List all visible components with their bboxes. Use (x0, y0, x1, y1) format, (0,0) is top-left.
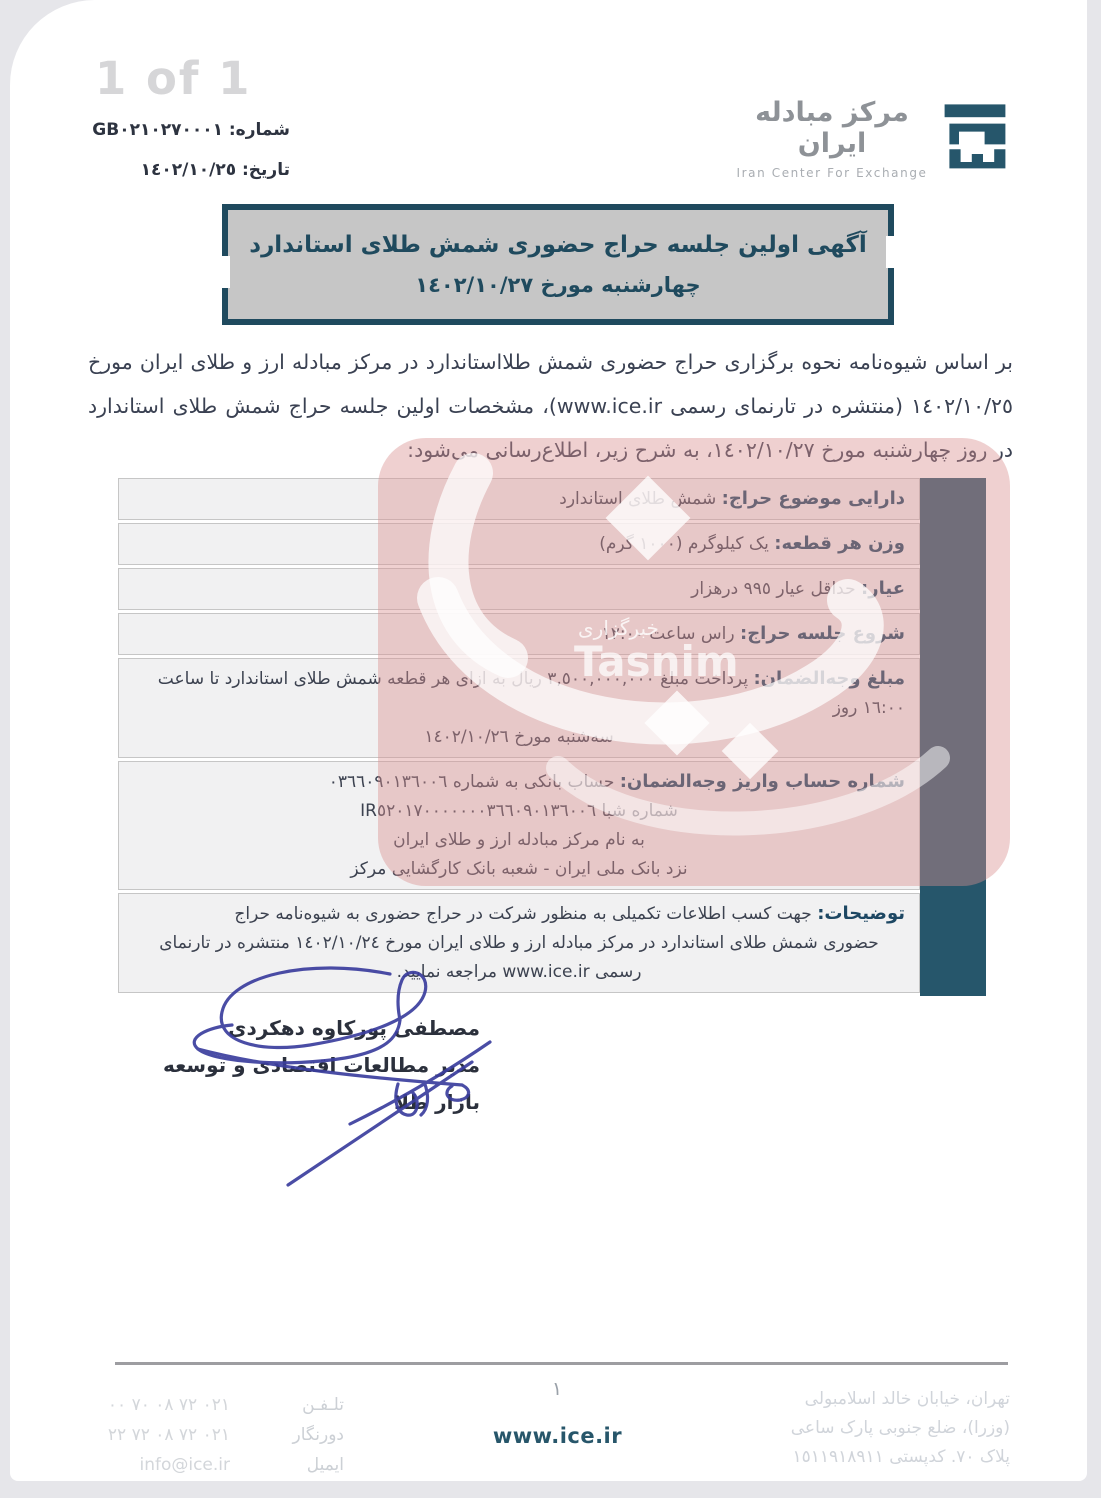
row-value: حداقل عیار ٩٩٥ درهزار (691, 579, 856, 599)
announcement-title: آگهی اولین جلسه حراج حضوری شمش طلای استا… (228, 232, 888, 258)
letter-number-value: GB٠٢١٠٢٧٠٠٠١ (92, 120, 223, 140)
address-line1: تهران، خیابان خالد اسلامبولی (740, 1385, 1010, 1414)
row-label: توضیحات: (817, 903, 905, 924)
organization-logo: مرکز مبادله ایران Iran Center For Exchan… (735, 94, 1007, 186)
bank-branch: نزد بانک ملی ایران - شعبه بانک کارگشایی … (133, 855, 905, 884)
table-row-guarantee-amount: مبلغ وجه‌الضمان: پرداخت مبلغ ٣,٥٠٠,٠٠٠,٠… (118, 658, 920, 758)
footer-divider (115, 1362, 1008, 1365)
shaba-number: IR٥٢٠١٧٠٠٠٠٠٠٠٣٦٦٠٩٠١٣٦٠٠٦ (360, 801, 596, 821)
table-row-deposit-account: شماره حساب واریز وجه‌الضمان: حساب بانکی … (118, 761, 920, 890)
table-row-weight: وزن هر قطعه: یک کیلوگرم (١٠٠٠ گرم) (118, 523, 920, 565)
row-value: یک کیلوگرم (١٠٠٠ گرم) (599, 534, 769, 554)
notes-line2: حضوری شمش طلای استاندارد در مرکز مبادله … (133, 929, 905, 958)
table-row-purity: عیار: حداقل عیار ٩٩٥ درهزار (118, 568, 920, 610)
account-number: ٠٣٦٦٠٩٠١٣٦٠٠٦ (329, 772, 448, 792)
row-value: راس ساعت ١٢:٠٠ (602, 624, 735, 644)
scan-gap-right (886, 236, 898, 268)
scan-gap-left (218, 256, 230, 288)
announcement-title-box: آگهی اولین جلسه حراج حضوری شمش طلای استا… (222, 204, 894, 325)
document-viewer: 1 of 1 شماره: GB٠٢١٠٢٧٠٠٠١ تاریخ: ١٤٠٢/١… (0, 0, 1101, 1498)
address-line2: (وزرا)، ضلع جنوبی پارک ساعی (740, 1414, 1010, 1443)
table-row-notes: توضیحات: جهت کسب اطلاعات تکمیلی به منظور… (118, 893, 920, 993)
auction-details-table: دارایی موضوع حراج: شمش طلای استاندارد وز… (118, 478, 986, 996)
table-rows: دارایی موضوع حراج: شمش طلای استاندارد وز… (118, 478, 920, 996)
footer-contact-values: ٠٢١ ٧٢ ٠٨ ٧٠ ٠٠ ٠٢١ ٧٢ ٠٨ ٧٢ ٢٢ info@ice… (58, 1390, 230, 1480)
logo-name-english: Iran Center For Exchange (735, 166, 929, 180)
row-label: شروع جلسه حراج: (740, 623, 905, 644)
letter-number-label: شماره: (229, 120, 290, 140)
address-line3: پلاک ٧٠. کدپستی ١٥١١٩١٨٩١١ (740, 1443, 1010, 1472)
letter-date: تاریخ: ١٤٠٢/١٠/٢٥ (90, 150, 290, 190)
account-holder: به نام مرکز مبادله ارز و طلای ایران (133, 826, 905, 855)
email-value: info@ice.ir (58, 1450, 230, 1480)
row-label: عیار: (861, 578, 905, 599)
footer-website: www.ice.ir (475, 1424, 640, 1448)
phone-value: ٠٢١ ٧٢ ٠٨ ٧٠ ٠٠ (58, 1390, 230, 1420)
row-label: مبلغ وجه‌الضمان: (753, 668, 905, 689)
announcement-date: چهارشنبه مورخ ١٤٠٢/١٠/٢٧ (228, 273, 888, 297)
logo-name-persian: مرکز مبادله ایران (735, 97, 929, 159)
footer-contacts: ٠٢١ ٧٢ ٠٨ ٧٠ ٠٠ ٠٢١ ٧٢ ٠٨ ٧٢ ٢٢ info@ice… (58, 1390, 344, 1480)
letter-meta: شماره: GB٠٢١٠٢٧٠٠٠١ تاریخ: ١٤٠٢/١٠/٢٥ (90, 110, 290, 190)
notes-line3: رسمی www.ice.ir مراجعه نمایید. (133, 958, 905, 987)
signatory-title: مدیر مطالعات اقتصادی و توسعه بازار طلا (150, 1047, 480, 1121)
letter-date-value: ١٤٠٢/١٠/٢٥ (141, 160, 236, 180)
letter-date-label: تاریخ: (242, 160, 290, 180)
logo-text: مرکز مبادله ایران Iran Center For Exchan… (735, 97, 929, 184)
row-label: شماره حساب واریز وجه‌الضمان: (620, 771, 905, 792)
footer-page-number: ١ (545, 1378, 569, 1400)
phone-label: تلـفـن (264, 1390, 344, 1420)
signatory-name: مصطفی پورکاوه دهکردی (150, 1010, 480, 1047)
row-value: شمش طلای استاندارد (559, 489, 716, 509)
email-label: ایمیل (264, 1450, 344, 1480)
row-value: جهت کسب اطلاعات تکمیلی به منظور شرکت در … (234, 904, 811, 924)
exchange-center-logo-icon (943, 94, 1007, 186)
page-indicator: 1 of 1 (95, 52, 251, 105)
row-value-line2: سه‌شنبه مورخ ١٤٠٢/١٠/٢٦ (133, 723, 905, 752)
row-label: وزن هر قطعه: (774, 533, 905, 554)
fax-label: دورنگار (264, 1420, 344, 1450)
row-value: حساب بانکی به شماره (453, 772, 614, 792)
shaba-label: شماره شبا (602, 801, 678, 821)
intro-paragraph: بر اساس شیوه‌نامه نحوه برگزاری حراج حضور… (88, 340, 1013, 472)
table-row-asset: دارایی موضوع حراج: شمش طلای استاندارد (118, 478, 920, 520)
footer-address: تهران، خیابان خالد اسلامبولی (وزرا)، ضلع… (740, 1385, 1010, 1472)
table-side-strip (920, 478, 986, 996)
letter-number: شماره: GB٠٢١٠٢٧٠٠٠١ (90, 110, 290, 150)
table-row-start-time: شروع جلسه حراج: راس ساعت ١٢:٠٠ (118, 613, 920, 655)
fax-value: ٠٢١ ٧٢ ٠٨ ٧٢ ٢٢ (58, 1420, 230, 1450)
footer-contact-labels: تلـفـن دورنگار ایمیل (264, 1390, 344, 1480)
row-label: دارایی موضوع حراج: (722, 488, 905, 509)
signature-block: مصطفی پورکاوه دهکردی مدیر مطالعات اقتصاد… (150, 1010, 480, 1121)
shaba-line: شماره شبا IR٥٢٠١٧٠٠٠٠٠٠٠٣٦٦٠٩٠١٣٦٠٠٦ (133, 797, 905, 826)
